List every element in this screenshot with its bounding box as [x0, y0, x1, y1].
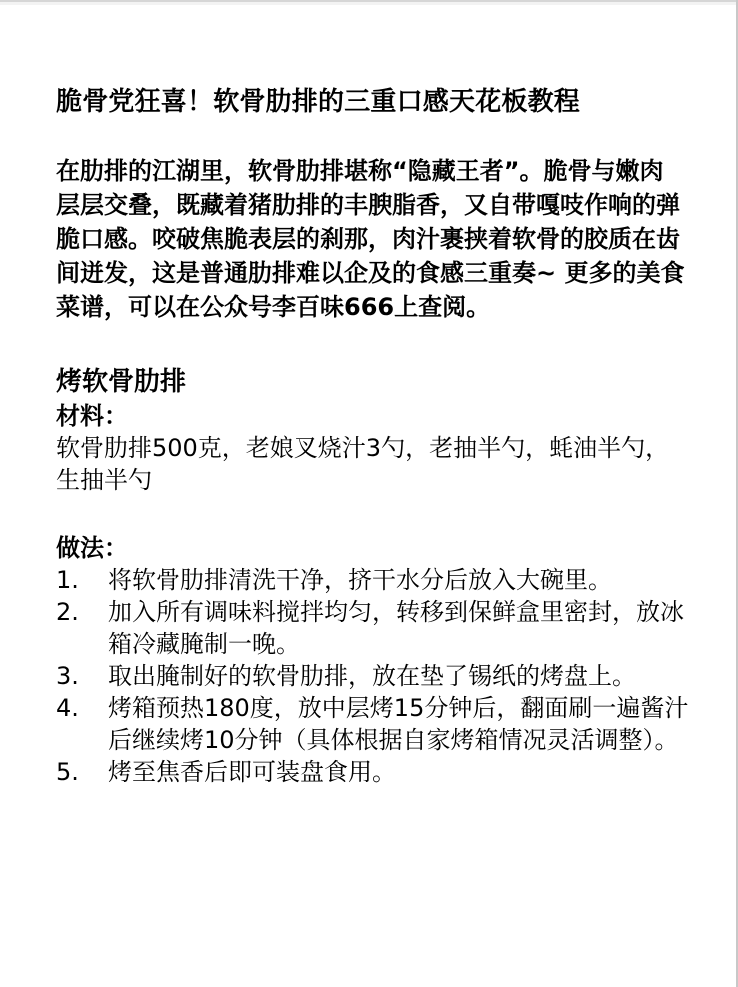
- step-text: 将软骨肋排清洗干净，挤干水分后放入大碗里。: [108, 564, 698, 596]
- steps-list: 1. 将软骨肋排清洗干净，挤干水分后放入大碗里。 2. 加入所有调味料搅拌均匀，…: [56, 564, 716, 788]
- top-border-shadow: [0, 2, 738, 5]
- step-item: 2. 加入所有调味料搅拌均匀，转移到保鲜盒里密封，放冰箱冷藏腌制一晚。: [56, 596, 716, 660]
- step-text: 加入所有调味料搅拌均匀，转移到保鲜盒里密封，放冰箱冷藏腌制一晚。: [108, 596, 698, 660]
- step-item: 3. 取出腌制好的软骨肋排，放在垫了锡纸的烤盘上。: [56, 660, 716, 692]
- step-number: 3.: [56, 660, 108, 692]
- step-number: 1.: [56, 564, 108, 596]
- step-item: 4. 烤箱预热180度，放中层烤15分钟后，翻面刷一遍酱汁后继续烤10分钟（具体…: [56, 692, 716, 756]
- step-item: 1. 将软骨肋排清洗干净，挤干水分后放入大碗里。: [56, 564, 716, 596]
- article-intro: 在肋排的江湖里，软骨肋排堪称“隐藏王者”。脆骨与嫩肉层层交叠，既藏着猪肋排的丰腴…: [56, 154, 686, 324]
- recipe-name: 烤软骨肋排: [56, 364, 716, 400]
- article-title: 脆骨党狂喜！软骨肋排的三重口感天花板教程: [56, 82, 716, 122]
- step-number: 5.: [56, 756, 108, 788]
- step-item: 5. 烤至焦香后即可装盘食用。: [56, 756, 716, 788]
- step-text: 取出腌制好的软骨肋排，放在垫了锡纸的烤盘上。: [108, 660, 698, 692]
- step-number: 2.: [56, 596, 108, 628]
- steps-label: 做法：: [56, 532, 716, 564]
- step-text: 烤至焦香后即可装盘食用。: [108, 756, 698, 788]
- ingredients-label: 材料：: [56, 400, 716, 432]
- ingredients-text: 软骨肋排500克，老娘叉烧汁3勺，老抽半勺，蚝油半勺，生抽半勺: [56, 432, 676, 496]
- recipe-document: 脆骨党狂喜！软骨肋排的三重口感天花板教程 在肋排的江湖里，软骨肋排堪称“隐藏王者…: [56, 82, 716, 788]
- step-text: 烤箱预热180度，放中层烤15分钟后，翻面刷一遍酱汁后继续烤10分钟（具体根据自…: [108, 692, 698, 756]
- step-number: 4.: [56, 692, 108, 724]
